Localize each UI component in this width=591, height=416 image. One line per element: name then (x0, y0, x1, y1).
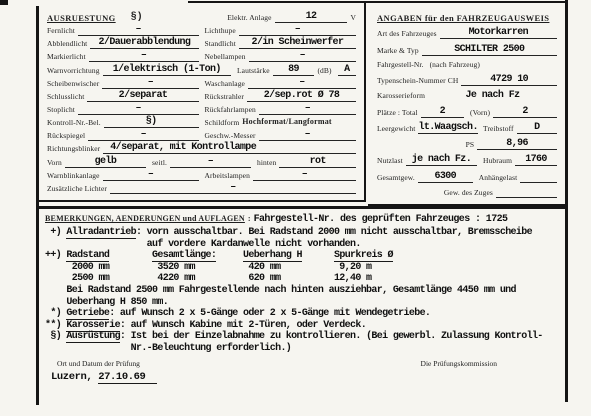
field-gesamtgew-label: Gesamtgew. (377, 173, 415, 183)
form-row: Fahrgestell-Nr.(nach Fahrzeug) (377, 60, 557, 70)
remarks-line: Bei Radstand 2500 mm Fahrgestellende nac… (45, 285, 559, 297)
field-ruckfahrlampen-value: – (259, 103, 356, 115)
remarks-term: Getriebe (66, 308, 109, 320)
field-abblendlicht: Abblendlicht2/Dauerabblendung (47, 37, 199, 49)
form-row: PS8,96 (377, 138, 557, 150)
form-row: Zusätzliche Lichter– (47, 182, 356, 194)
field-geschw-messer: Geschw.-Messer– (205, 129, 357, 141)
field-warnvorrichtung-label: Warnvorrichtung (47, 66, 100, 76)
field-schildform-label: Schildform (205, 118, 240, 128)
field-platze-total-value: 2 (421, 106, 464, 118)
scanned-form-page: AUSRUESTUNG §) Elektr. Anlage 12 V Fernl… (0, 0, 591, 416)
field-zusatzliche-lichter-label: Zusätzliche Lichter (47, 184, 107, 194)
remarks-line: 2000 mm 3520 mm 420 mm 9,20 m (45, 262, 559, 274)
form-row: Markierlicht–Nebellampen– (47, 50, 356, 62)
field-gew-des-zuges-value (496, 187, 557, 198)
place-value: Luzern, (51, 371, 92, 383)
field-ruckfahrlampen-label: Rückfahrlampen (205, 105, 256, 115)
field-gew-des-zuges: Gew. des Zuges (444, 187, 557, 198)
remarks-section: BEMERKUNGEN, AENDERUNGEN und AUFLAGEN : … (39, 206, 565, 405)
remarks-text: Bei Radstand 2500 mm Fahrgestellende nac… (45, 285, 516, 296)
field-warnvorrichtung-value: 1/elektrisch (1-Ton) (103, 64, 231, 76)
field-leergewicht: Leergewichtlt.Waagsch. (377, 122, 477, 134)
form-row: Rückspiegel–Geschw.-Messer– (47, 129, 356, 141)
field-fahrgestell-nr: Fahrgestell-Nr. (377, 60, 424, 70)
form-row: Kontroll-Nr.-Bel.§)SchildformHochformat/… (47, 116, 356, 128)
form-row: Vorngelbseitl.–hintenrot (47, 156, 356, 168)
field-stoplicht-label: Stoplicht (47, 105, 75, 115)
remarks-text: auf vordere Kardanwelle nicht vorhanden. (45, 239, 361, 250)
remarks-term: Karosserie (66, 320, 120, 332)
form-row: KarosserieformJe nach Fz (377, 90, 557, 101)
field-hubraum: Hubraum1760 (483, 154, 557, 166)
field-marke-typ: Marke & TypSCHILTER 2500 (377, 44, 557, 56)
section-ref-symbol: §) (131, 12, 143, 23)
field-vorn: Vorngelb (47, 156, 146, 168)
field-fernlicht-value: – (78, 24, 199, 36)
remarks-term: Ausrüstung (66, 331, 120, 343)
field-ruckstrahler: Rückstrahler2/sep.rot Ø 78 (205, 90, 357, 102)
field-schlusslicht-label: Schlusslicht (47, 92, 84, 102)
field-scheibenwischer-label: Scheibenwischer (47, 79, 99, 89)
field-markierlicht: Markierlicht– (47, 50, 199, 62)
field-elektr-anlage-value: 12 (275, 11, 348, 23)
form-row: Scheibenwischer–Waschanlage– (47, 77, 356, 89)
remarks-title-separator: : (248, 214, 251, 223)
field-typenschein-nummer-ch-label: Typenschein-Nummer CH (377, 76, 458, 86)
field-lautstarke-suffix: (dB) (317, 66, 331, 76)
vehicle-info-title: ANGABEN für den FAHRZEUGAUSWEIS (377, 13, 557, 23)
field-gesamtgew-value: 6300 (418, 171, 473, 183)
field-standlicht-value: 2/in Scheinwerfer (239, 37, 356, 49)
field-ps-label: PS (466, 140, 475, 150)
field-arbeitslampen-label: Arbeitslampen (205, 171, 250, 181)
form-row: Richtungsblinker4/separat, mit Kontrolla… (47, 142, 356, 154)
field-markierlicht-label: Markierlicht (47, 52, 86, 62)
field-marke-typ-value: SCHILTER 2500 (422, 44, 557, 56)
field-treibstoff-value: D (517, 122, 557, 134)
field-platze-total: Plätze : Total2 (377, 106, 464, 118)
field-marke-typ-label: Marke & Typ (377, 46, 419, 56)
field-kontroll-nr-bel: Kontroll-Nr.-Bel.§) (47, 116, 199, 128)
remarks-text (302, 250, 334, 261)
form-row: Plätze : Total2(Vorn)2 (377, 106, 557, 118)
field-richtungsblinker-value: 4/separat, mit Kontrollampe (103, 142, 356, 154)
field-hinten-label: hinten (257, 158, 276, 168)
form-row: Typenschein-Nummer CH4729 10 (377, 74, 557, 86)
remarks-term: Allradantrieb (66, 227, 136, 239)
field-ruckstrahler-label: Rückstrahler (205, 92, 245, 102)
field-standlicht-label: Standlicht (205, 39, 236, 49)
field-abblendlicht-label: Abblendlicht (47, 39, 87, 49)
remarks-line: Nr.-Beleuchtung erforderlich.) (45, 343, 559, 355)
field-scheibenwischer: Scheibenwischer– (47, 77, 199, 89)
form-row: Art des FahrzeugesMotorkarren (377, 27, 557, 39)
field-treibstoff-label: Treibstoff (483, 124, 514, 134)
remarks-text: 2000 mm 3520 mm 420 mm 9,20 m (45, 262, 371, 273)
field-schlusslicht-value: 2/separat (87, 90, 198, 102)
form-row: Schlusslicht2/separatRückstrahler2/sep.r… (47, 90, 356, 102)
equipment-title: AUSRUESTUNG (47, 13, 116, 23)
field-nebellampen-label: Nebellampen (205, 52, 246, 62)
field-scheibenwischer-value: – (102, 77, 198, 89)
field-vorn-value: gelb (65, 156, 146, 168)
field-anhangelast-value (520, 172, 557, 183)
field-ruckstrahler-value: 2/sep.rot Ø 78 (247, 90, 356, 102)
remarks-line: ++) Radstand Gesamtlänge: Ueberhang H Sp… (45, 250, 559, 262)
remarks-line: *) Getriebe: auf Wunsch 2 x 5-Gänge oder… (45, 308, 559, 320)
remarks-title: BEMERKUNGEN, AENDERUNGEN und AUFLAGEN (45, 214, 245, 223)
field-elektr-anlage-label: Elektr. Anlage (227, 13, 271, 23)
field-ruckspiegel: Rückspiegel– (47, 129, 199, 141)
field-markierlicht-value: – (89, 50, 199, 62)
field-arbeitslampen-value: – (253, 169, 356, 181)
form-row: Gesamtgew.6300Anhängelast (377, 171, 557, 183)
field-vorn-label: Vorn (47, 158, 62, 168)
remarks-text: §) (45, 331, 66, 342)
field-ruckspiegel-value: – (88, 129, 198, 141)
field-fahrgestell-nr-label: Fahrgestell-Nr. (377, 60, 424, 70)
field-art-des-fahrzeuges-label: Art des Fahrzeuges (377, 29, 437, 39)
field-nebellampen: Nebellampen– (205, 50, 357, 62)
form-row: Abblendlicht2/DauerabblendungStandlicht2… (47, 37, 356, 49)
field-stoplicht: Stoplicht– (47, 103, 199, 115)
field-gesamtgew: Gesamtgew.6300 (377, 171, 473, 183)
form-row: Warnvorrichtung1/elektrisch (1-Ton)Lauts… (47, 64, 356, 76)
field-leergewicht-label: Leergewicht (377, 124, 415, 134)
field-schildform: SchildformHochformat/Langformat (205, 117, 357, 128)
field-warnblinkanlage-value: – (103, 169, 199, 181)
field-ruckfahrlampen: Rückfahrlampen– (205, 103, 357, 115)
remarks-line: 2500 mm 4220 mm 620 mm 12,40 m (45, 273, 559, 285)
field-lichthupe: Lichthupe– (205, 24, 357, 36)
field-richtungsblinker: Richtungsblinker4/separat, mit Kontrolla… (47, 142, 356, 154)
field-leergewicht-value: lt.Waagsch. (418, 122, 477, 134)
vehicle-info-section: ANGABEN für den FAHRZEUGAUSWEIS Art des … (368, 3, 565, 206)
field-waschanlage-value: – (248, 77, 356, 89)
remarks-text: Ueberhang H 850 mm. (45, 297, 168, 308)
field-schlusslicht: Schlusslicht2/separat (47, 90, 199, 102)
field-hubraum-label: Hubraum (483, 156, 512, 166)
field-nebellampen-value: – (249, 50, 356, 62)
form-row: Stoplicht–Rückfahrlampen– (47, 103, 356, 115)
equipment-section: AUSRUESTUNG §) Elektr. Anlage 12 V Fernl… (39, 3, 366, 202)
field-art-des-fahrzeuges-value: Motorkarren (440, 27, 557, 39)
remarks-text: 2500 mm 4220 mm 620 mm 12,40 m (45, 273, 371, 284)
form-row: Nutzlastje nach Fz.Hubraum1760 (377, 154, 557, 166)
remarks-line: **) Karosserie: auf Wunsch Kabine mit 2-… (45, 320, 559, 332)
form-row: Gew. des Zuges (377, 187, 557, 198)
chassis-number-note: Fahrgestell-Nr. des geprüften Fahrzeuges… (254, 214, 508, 225)
remarks-lines: +) Allradantrieb: vorn ausschaltbar. Bei… (45, 227, 559, 355)
field-arbeitslampen: Arbeitslampen– (205, 169, 357, 181)
remarks-line: auf vordere Kardanwelle nicht vorhanden. (45, 239, 559, 251)
form-row: Leergewichtlt.Waagsch.TreibstoffD (377, 122, 557, 134)
field-vorn-value: 2 (493, 106, 557, 118)
field-platze-total-label: Plätze : Total (377, 108, 418, 118)
field-vorn: (Vorn)2 (470, 106, 557, 118)
scan-artifact (0, 0, 8, 5)
field-a: A (338, 64, 356, 76)
field-lichthupe-label: Lichthupe (205, 26, 236, 36)
field-waschanlage: Waschanlage– (205, 77, 357, 89)
field-ruckspiegel-label: Rückspiegel (47, 131, 85, 141)
field-geschw-messer-value: – (259, 129, 356, 141)
field-schildform-value: Hochformat/Langformat (242, 117, 356, 128)
remarks-text (109, 250, 152, 261)
field-hinten: hintenrot (257, 156, 356, 168)
field-typenschein-nummer-ch: Typenschein-Nummer CH4729 10 (377, 74, 557, 86)
field-seitl: seitl.– (152, 156, 251, 168)
field-richtungsblinker-label: Richtungsblinker (47, 144, 100, 154)
form-row: Warnblinkanlage–Arbeitslampen– (47, 169, 356, 181)
field-geschw-messer-label: Geschw.-Messer (205, 131, 256, 141)
field-vorn-label: (Vorn) (470, 108, 490, 118)
field-karosserieform-value: Je nach Fz (428, 90, 557, 101)
field-elektr-anlage: Elektr. Anlage 12 V (227, 11, 356, 23)
form-row: Marke & TypSCHILTER 2500 (377, 44, 557, 56)
field-standlicht: Standlicht2/in Scheinwerfer (205, 37, 357, 49)
field-seitl-label: seitl. (152, 158, 167, 168)
field-elektr-anlage-suffix: V (350, 13, 356, 23)
field-hubraum-value: 1760 (515, 154, 557, 166)
field-abblendlicht-value: 2/Dauerabblendung (90, 37, 198, 49)
field-lautstarke: Lautstärke89(dB) (237, 64, 332, 76)
remarks-header-row: BEMERKUNGEN, AENDERUNGEN und AUFLAGEN : … (45, 214, 559, 225)
field-zusatzliche-lichter-value: – (110, 182, 356, 194)
remarks-term: Spurkreis Ø (334, 250, 393, 262)
field-hinten-value: rot (279, 156, 356, 168)
commission-label: Die Prüfungskommission (421, 359, 497, 368)
field-nutzlast-value: je nach Fz. (406, 154, 477, 166)
field-nutzlast: Nutzlastje nach Fz. (377, 154, 477, 166)
field-seitl-value: – (170, 156, 251, 168)
date-value: 27.10.69 (98, 371, 157, 384)
remarks-text: **) (45, 320, 66, 331)
remarks-text: +) (45, 227, 66, 238)
field-gew-des-zuges-label: Gew. des Zuges (444, 188, 493, 198)
field-ps-value: 8,96 (477, 138, 557, 150)
field-ps: PS8,96 (466, 138, 557, 150)
signature-label-row: Ort und Datum der Prüfung Die Prüfungsko… (45, 359, 559, 368)
remarks-line: Ueberhang H 850 mm. (45, 297, 559, 309)
field-kontroll-nr-bel-value: §) (104, 116, 199, 128)
remarks-term: Gesamtlänge: (152, 250, 216, 262)
form-row: Fernlicht–Lichthupe– (47, 24, 356, 36)
remarks-line: +) Allradantrieb: vorn ausschaltbar. Bei… (45, 227, 559, 239)
remarks-line: §) Ausrüstung: Ist bei der Einzelabnahme… (45, 331, 559, 343)
field-waschanlage-label: Waschanlage (205, 79, 245, 89)
field-karosserieform: KarosserieformJe nach Fz (377, 90, 557, 101)
remarks-text: *) (45, 308, 66, 319)
remarks-text: : vorn ausschaltbar. Bei Radstand 2000 m… (136, 227, 532, 238)
field-kontroll-nr-bel-label: Kontroll-Nr.-Bel. (47, 118, 101, 128)
place-date-label: Ort und Datum der Prüfung (57, 359, 140, 368)
field-zusatzliche-lichter: Zusätzliche Lichter– (47, 182, 356, 194)
field-lautstarke-value: 89 (273, 64, 315, 76)
field-stoplicht-value: – (78, 103, 199, 115)
field-typenschein-nummer-ch-value: 4729 10 (461, 74, 557, 86)
remarks-text: : Ist bei der Einzelabnahme zu kontrolli… (120, 331, 543, 342)
remarks-text: Nr.-Beleuchtung erforderlich.) (45, 343, 291, 354)
field-karosserieform-label: Karosserieform (377, 91, 425, 101)
field-nach-fahrzeug-label: (nach Fahrzeug) (430, 60, 480, 70)
field-warnvorrichtung: Warnvorrichtung1/elektrisch (1-Ton) (47, 64, 231, 76)
remarks-text (216, 250, 243, 261)
remarks-text: : auf Wunsch Kabine mit 2-Türen, oder Ve… (120, 320, 366, 331)
field-lautstarke-label: Lautstärke (237, 66, 270, 76)
field-nach-fahrzeug: (nach Fahrzeug) (430, 60, 557, 70)
field-nutzlast-label: Nutzlast (377, 156, 403, 166)
field-treibstoff: TreibstoffD (483, 122, 557, 134)
place-date-entry: Luzern, 27.10.69 (51, 371, 559, 383)
remarks-text: ++) (45, 250, 66, 261)
equipment-title-cell: AUSRUESTUNG §) (47, 12, 221, 23)
field-lichthupe-value: – (239, 24, 356, 36)
remarks-term: Ueberhang H (243, 250, 302, 262)
field-warnblinkanlage: Warnblinkanlage– (47, 169, 199, 181)
field-a-value: A (338, 64, 356, 76)
field-fernlicht: Fernlicht– (47, 24, 199, 36)
field-art-des-fahrzeuges: Art des FahrzeugesMotorkarren (377, 27, 557, 39)
equipment-header-row: AUSRUESTUNG §) Elektr. Anlage 12 V (47, 11, 356, 23)
remarks-text: : auf Wunsch 2 x 5-Gänge oder 2 x 5-Gäng… (109, 308, 430, 319)
field-anhangelast: Anhängelast (479, 172, 557, 183)
remarks-term: Radstand (66, 250, 109, 262)
document-border-right (565, 0, 568, 402)
field-fernlicht-label: Fernlicht (47, 26, 75, 36)
field-warnblinkanlage-label: Warnblinkanlage (47, 171, 100, 181)
field-anhangelast-label: Anhängelast (479, 173, 518, 183)
